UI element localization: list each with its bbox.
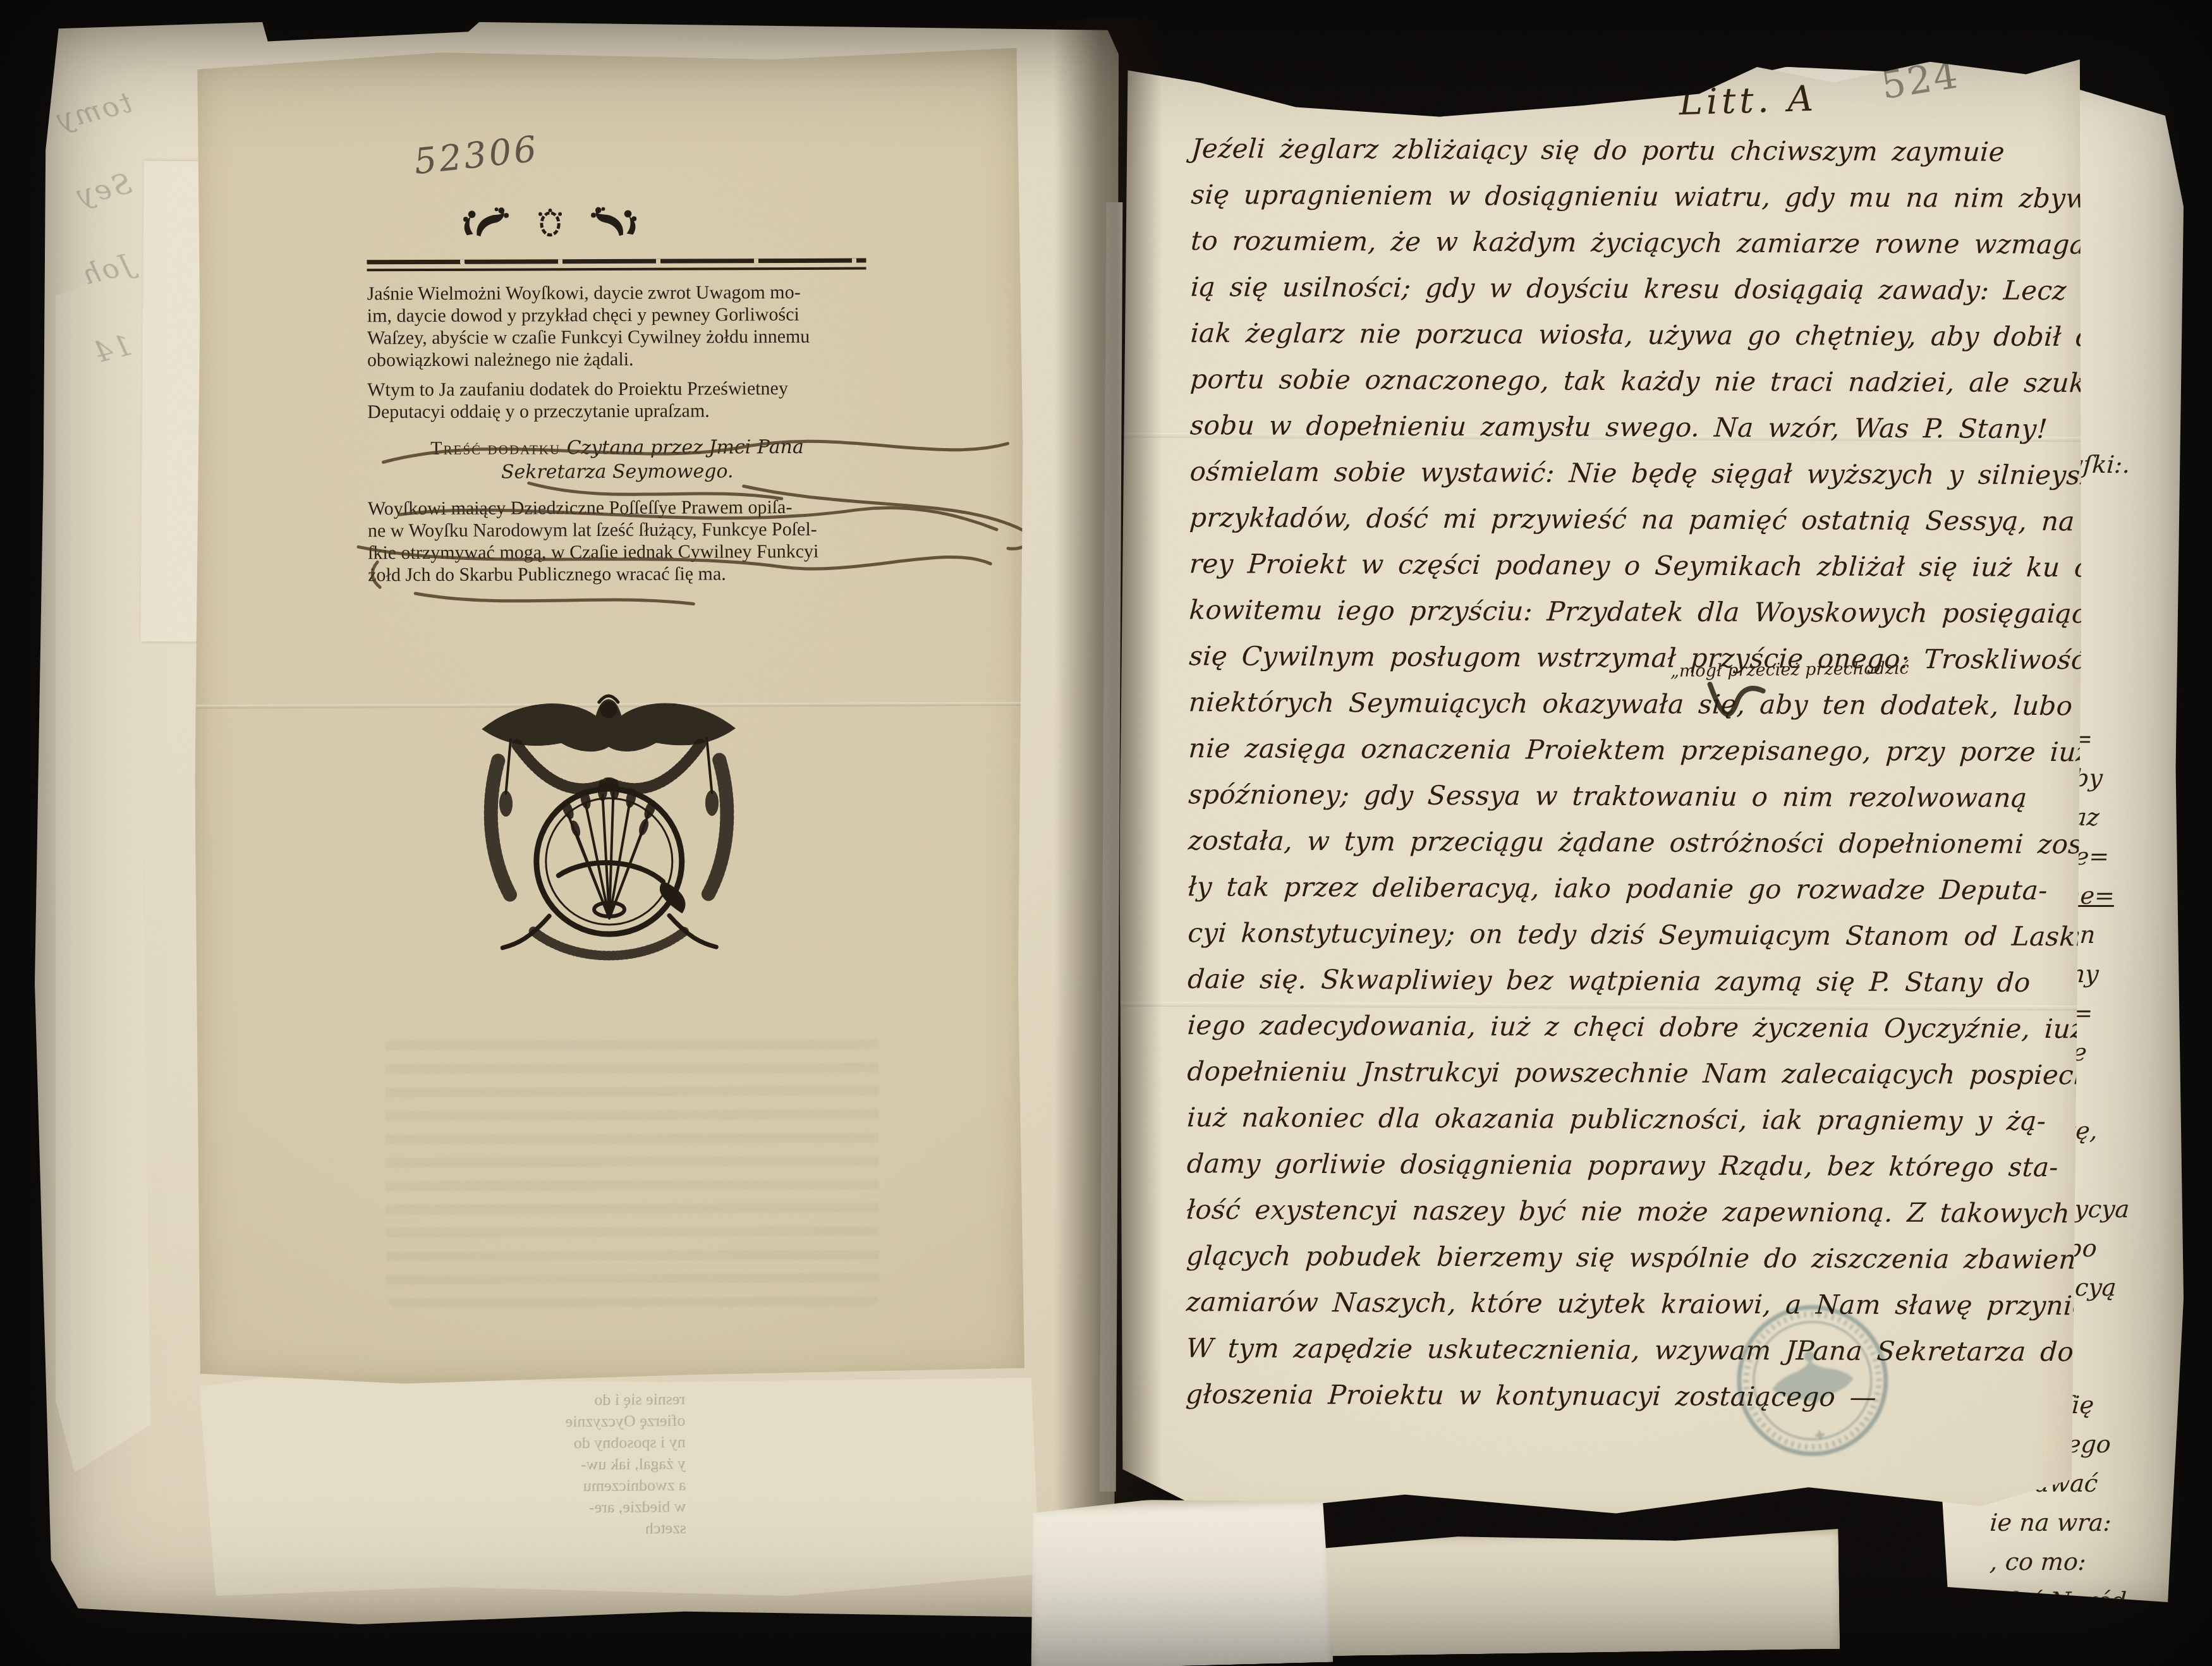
handwritten-fragment: winien [1988, 1626, 2180, 1665]
interlinear-insertion: „mógł przecież przechodzić [1670, 659, 1909, 681]
printed-line: Waſzey, abyście w czaſie Funkcyi Cywilne… [367, 325, 866, 350]
handwritten-line: iuż nakoniec dla okazania publiczności, … [1186, 1102, 2060, 1152]
handwritten-line: zamiarów Naszych, które użytek kraiowi, … [1184, 1286, 2059, 1336]
handwritten-line: ły tak przez deliberacyą, iako podanie g… [1186, 871, 2061, 921]
printed-line: Jaśnie Wielmożni Woyſkowi, daycie zwrot … [367, 281, 866, 305]
handwritten-line: ośmielam sobie wystawić: Nie będę sięgał… [1188, 456, 2063, 506]
handwritten-fragment: ufać Naród [1988, 1587, 2180, 1626]
manuscript-text-block: Jeźeli żeglarz zbliżaiący się do portu c… [1186, 133, 2063, 1428]
eagle-wheat-sheaf-emblem [473, 665, 746, 991]
handwritten-line: rey Proiekt w części podaney o Seymikach… [1188, 548, 2062, 598]
pencil-fragment: Joh [52, 248, 147, 346]
floral-spray-ornament [458, 207, 511, 240]
printed-line: Wtym to Ja zaufaniu dodatek do Proiektu … [367, 377, 866, 401]
handwritten-line: przykładów, dość mi przywieść na pamięć … [1188, 502, 2063, 552]
manuscript-page-524: Litt. A 524 Jeźeli żeglarz zbliżaiący si… [1117, 28, 2084, 1534]
handwritten-line: cyi konstytucyiney; on tedy dziś Seymuią… [1186, 917, 2061, 967]
bottom-fore-edge-paper [1295, 1529, 1840, 1657]
left-stack-edge-sheet [56, 272, 150, 1473]
bleed-through-text [386, 1035, 879, 1308]
handwritten-fragment: , co mo: [1988, 1548, 2180, 1587]
handwritten-line: spóźnioney; gdy Sessya w traktowaniu o n… [1187, 779, 2062, 829]
handwritten-line: to rozumiem, że w każdym życiących zamia… [1189, 225, 2064, 275]
bleed-through-line: szetch [244, 1517, 686, 1543]
handwritten-line: iak żeglarz nie porzuca wiosła, używa go… [1189, 317, 2063, 367]
double-rule-divider [367, 258, 866, 272]
pencil-fragment: tomy [52, 87, 147, 184]
oval-wreath-ornament [534, 206, 566, 239]
handwritten-line: głoszenia Proiektu w kontynuacyi zostaią… [1184, 1378, 2059, 1428]
left-pale-paper-tab [140, 161, 204, 642]
typographic-ornament-row [458, 206, 641, 240]
handwritten-line: kowitemu iego przyściu: Przydatek dla Wo… [1188, 594, 2062, 644]
handwritten-line: dopełnieniu Jnstrukcyi powszechnie Nam z… [1186, 1055, 2060, 1105]
ink-scribble-mark [1610, 54, 1698, 99]
bottom-fore-edge-paper [1027, 1495, 1334, 1666]
pencil-fragment: 14 [52, 329, 147, 427]
floral-spray-ornament [588, 206, 641, 239]
photographed-archive-spread: tomySeyJoh14 resnie się i doofierzę Oycz… [0, 0, 2212, 1666]
handwritten-line: damy gorliwie dosiągnienia poprawy Rządu… [1185, 1148, 2060, 1198]
handwritten-line: się upragnieniem w dosiągnieniu wiatru, … [1189, 179, 2064, 229]
handwritten-line: łość exystencyi naszey być nie może zape… [1185, 1194, 2060, 1244]
handwritten-line: portu sobie oznaczonego, tak każdy nie t… [1189, 363, 2063, 413]
handwritten-line: W tym zapędzie uskutecznienia, wzywam JP… [1184, 1332, 2059, 1382]
handwritten-line: się Cywilnym posługom wstrzymał przyście… [1188, 640, 2062, 690]
caret-insertion-mark [1705, 681, 1768, 731]
left-margin-pencil-fragments: tomySeyJoh14 [61, 95, 138, 418]
bleed-through-print-block: resnie się i doofierzę Oyczyznieny i spo… [243, 1389, 686, 1543]
handwritten-fragment: ie na wra: [1988, 1509, 2180, 1548]
printed-line: obowiązkowi należnego nie żądali. [367, 348, 866, 372]
bleed-through-line: w biedzie, are- [243, 1496, 686, 1521]
handwritten-line: iego zadecydowania, iuż z chęci dobre ży… [1186, 1009, 2060, 1059]
under-sheet-bottom-left: resnie się i doofierzę Oyczyznieny i spo… [199, 1378, 1040, 1596]
printed-line: im, daycie dowod y przykład chęci y pewn… [367, 303, 866, 327]
archival-number-handwritten: 52306 [412, 128, 541, 183]
handwritten-line: glących pobudek bierzemy się wspólnie do… [1185, 1240, 2060, 1290]
rule-gaps [367, 258, 866, 272]
corner-letter-litt-a: Litt. A [1679, 78, 1818, 124]
handwritten-line: daie się. Skwapliwiey bez wątpienia zaym… [1186, 963, 2061, 1013]
handwritten-line: ią się usilności; gdy w doyściu kresu do… [1189, 271, 2063, 321]
handwritten-line: sobu w dopełnieniu zamysłu swego. Na wzó… [1188, 410, 2063, 459]
handwritten-line: niektórych Seymuiących okazywała się, ab… [1187, 686, 2062, 736]
library-round-stamp [1733, 1301, 1892, 1460]
printed-paragraph-1: Jaśnie Wielmożni Woyſkowi, daycie zwrot … [367, 281, 866, 372]
printed-page-left: 52306 [192, 48, 1026, 1385]
handwritten-line: Jeźeli żeglarz zbliżaiący się do portu c… [1189, 133, 2064, 183]
pencil-fragment: Sey [52, 167, 147, 265]
strikethrough-pen-strokes [339, 402, 1048, 689]
handwritten-line: nie zasięga oznaczenia Proiektem przepis… [1187, 733, 2062, 782]
handwritten-line: została, w tym przeciągu żądane ostróżno… [1186, 825, 2061, 875]
page-number-524: 524 [1878, 52, 1962, 108]
